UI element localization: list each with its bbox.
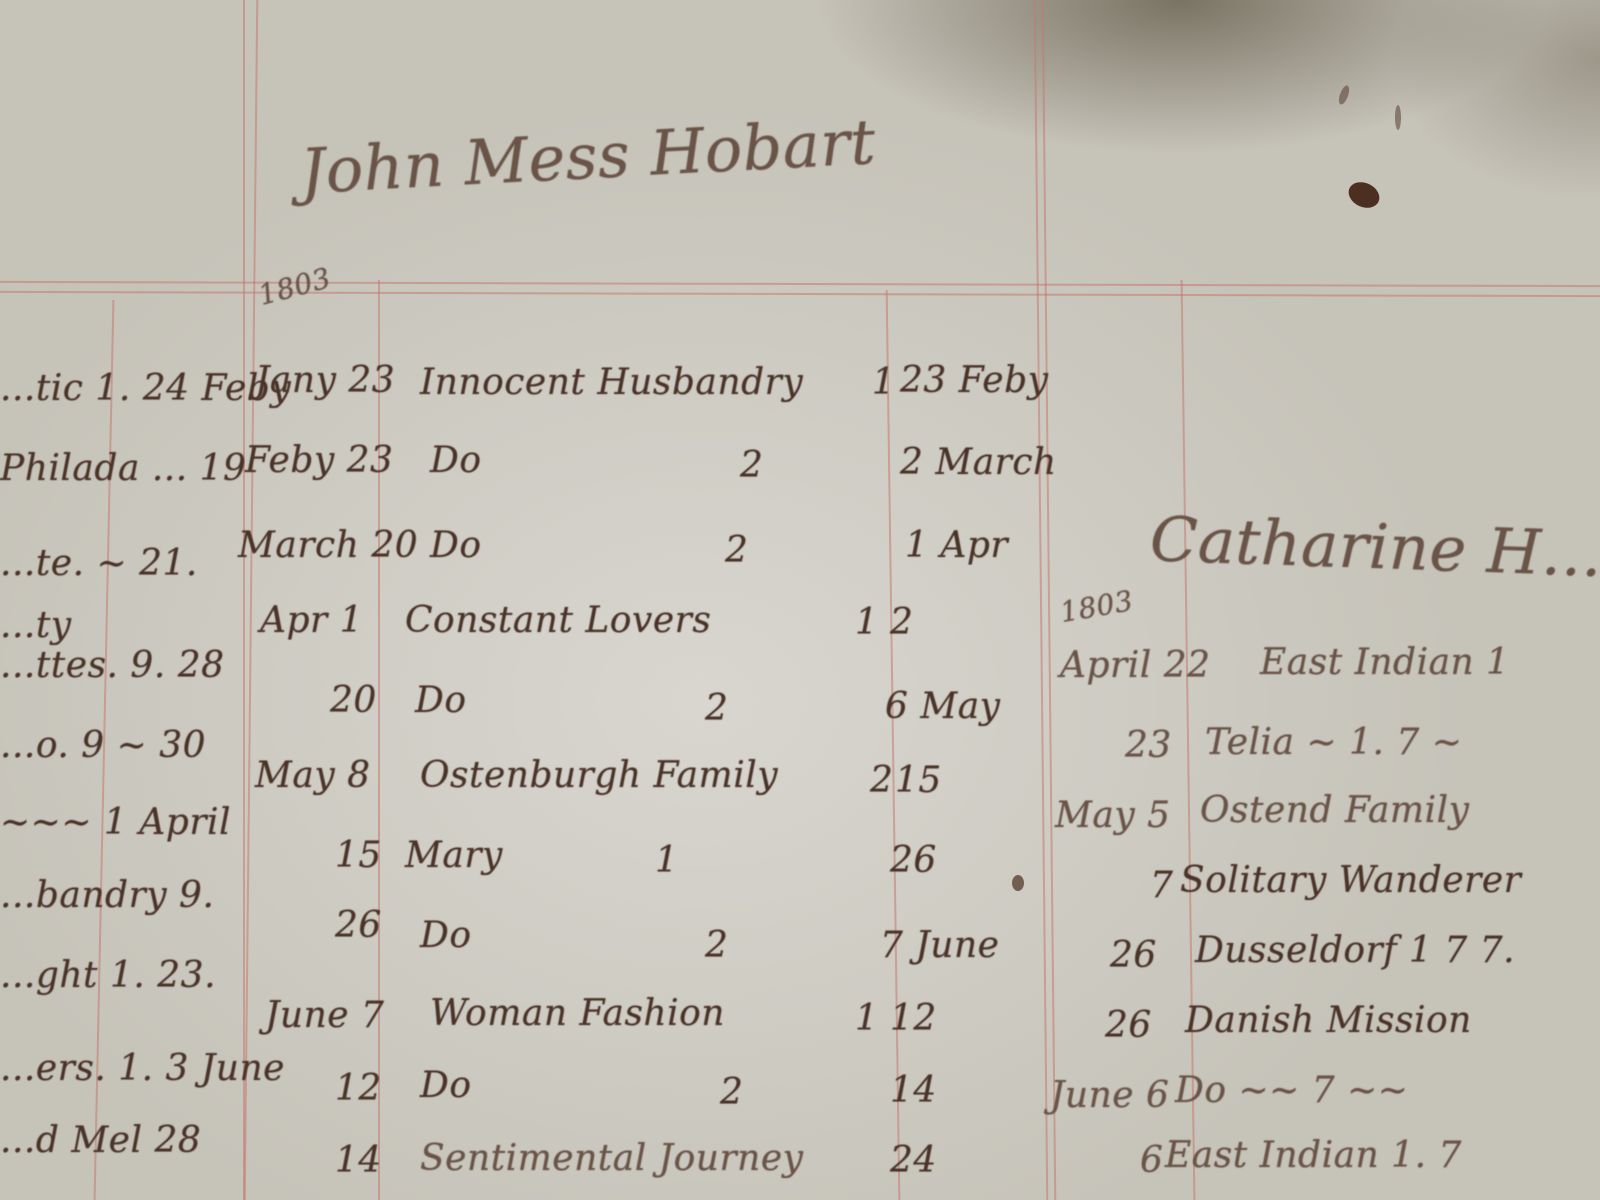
entry-returned: 23 Feby — [900, 360, 1048, 401]
entry-title: Danish Mission — [1185, 1000, 1472, 1041]
left-fragment: Philada ... 19 — [0, 448, 246, 489]
left-fragment: ...ght 1. 23. — [0, 955, 216, 996]
entry-title: Do — [420, 915, 472, 956]
header-rule — [0, 291, 1600, 297]
left-fragment: ...te. ~ 21. — [0, 543, 198, 584]
entry-qty: 2 — [720, 1072, 743, 1113]
entry-date: May 8 — [255, 755, 371, 796]
left-fragment: ...ttes. 9. 28 — [0, 645, 225, 686]
entry-title: Do — [430, 440, 482, 481]
account-heading: John Mess Hobart — [298, 105, 877, 208]
entry-returned: 7 June — [880, 925, 999, 966]
entry-date: April 22 — [1060, 645, 1211, 686]
account-year: 1803 — [255, 261, 334, 312]
entry-title: Ostend Family — [1200, 790, 1469, 831]
entry-date: 7 — [1150, 865, 1173, 906]
left-fragment: ...o. 9 ~ 30 — [0, 725, 206, 766]
entry-title: Innocent Husbandry — [420, 362, 803, 403]
column-rule — [1181, 280, 1196, 1200]
left-fragment: ...ers. 1. 3 June — [0, 1048, 285, 1089]
entry-returned: 14 — [890, 1070, 937, 1111]
left-fragment: ...bandry 9. — [0, 875, 214, 916]
margin-rule — [1034, 0, 1049, 1200]
entry-date: 6 — [1140, 1140, 1163, 1181]
entry-title: Solitary Wanderer — [1180, 860, 1521, 901]
entry-date: 14 — [335, 1140, 382, 1181]
entry-qty: 2 — [870, 760, 893, 801]
entry-qty: 2 — [740, 445, 763, 486]
entry-title: Woman Fashion — [430, 993, 725, 1034]
ink-speck — [1395, 105, 1401, 130]
entry-qty: 1 — [872, 362, 895, 403]
entry-returned: 1 Apr — [905, 525, 1008, 566]
entry-date: 26 — [1110, 935, 1157, 976]
entry-date: 26 — [1105, 1005, 1152, 1046]
ink-blot — [1344, 177, 1383, 212]
entry-title: Do — [430, 525, 482, 566]
entry-date: 20 — [330, 680, 377, 721]
left-fragment: ...ty — [0, 605, 72, 646]
entry-date: May 5 — [1055, 795, 1171, 836]
entry-date: Jany 23 — [255, 360, 395, 401]
column-rule — [378, 280, 380, 1200]
entry-title: Mary — [405, 835, 503, 876]
entry-returned: 2 March — [900, 442, 1057, 483]
entry-date: 26 — [335, 905, 382, 946]
entry-title: Constant Lovers — [405, 600, 711, 641]
entry-date: March 20 — [238, 525, 418, 566]
entry-returned: 6 May — [885, 686, 1001, 727]
account-year: 1803 — [1058, 584, 1136, 629]
entry-title: Sentimental Journey — [420, 1138, 803, 1179]
entry-qty: 2 — [725, 530, 748, 571]
entry-title: Do — [415, 680, 467, 721]
entry-returned: 12 — [890, 998, 937, 1039]
left-fragment: ~~~ 1 April — [0, 802, 231, 843]
entry-title: Telia ~ 1. 7 ~ — [1205, 722, 1462, 763]
column-rule — [886, 290, 901, 1200]
ink-speck — [1012, 875, 1024, 891]
entry-title: East Indian 1. 7 — [1165, 1135, 1462, 1176]
entry-qty: 2 — [705, 688, 728, 729]
entry-date: June 6 — [1050, 1075, 1169, 1116]
entry-date: Apr 1 — [260, 600, 363, 641]
entry-title: East Indian 1 — [1260, 642, 1510, 683]
entry-returned: 15 — [895, 760, 942, 801]
entry-returned: 2 — [890, 602, 913, 643]
entry-date: 12 — [335, 1068, 382, 1109]
entry-qty: 1 — [855, 998, 878, 1039]
entry-qty: 1 — [655, 840, 678, 881]
account-heading: Catharine H... — [1149, 502, 1600, 591]
entry-date: 23 — [1125, 725, 1172, 766]
entry-returned: 24 — [890, 1140, 937, 1181]
ledger-page: ...tic 1. 24 Feby Philada ... 19 ...te. … — [0, 0, 1600, 1200]
entry-qty: 1 — [855, 602, 878, 643]
left-fragment: ...d Mel 28 — [0, 1120, 201, 1161]
header-rule — [0, 281, 1600, 287]
entry-date: June 7 — [265, 995, 384, 1036]
entry-title: Do — [420, 1065, 472, 1106]
entry-title: Ostenburgh Family — [420, 755, 778, 796]
entry-title: Do ~~ 7 ~~ — [1175, 1070, 1408, 1111]
entry-date: 15 — [335, 835, 382, 876]
left-fragment: ...tic 1. 24 Feby — [0, 368, 291, 409]
entry-date: Feby 23 — [245, 440, 393, 481]
ink-speck — [1337, 84, 1351, 106]
entry-title: Dusseldorf 1 7 7. — [1195, 930, 1515, 971]
entry-returned: 26 — [890, 840, 937, 881]
margin-rule — [244, 0, 259, 1200]
entry-qty: 2 — [705, 925, 728, 966]
